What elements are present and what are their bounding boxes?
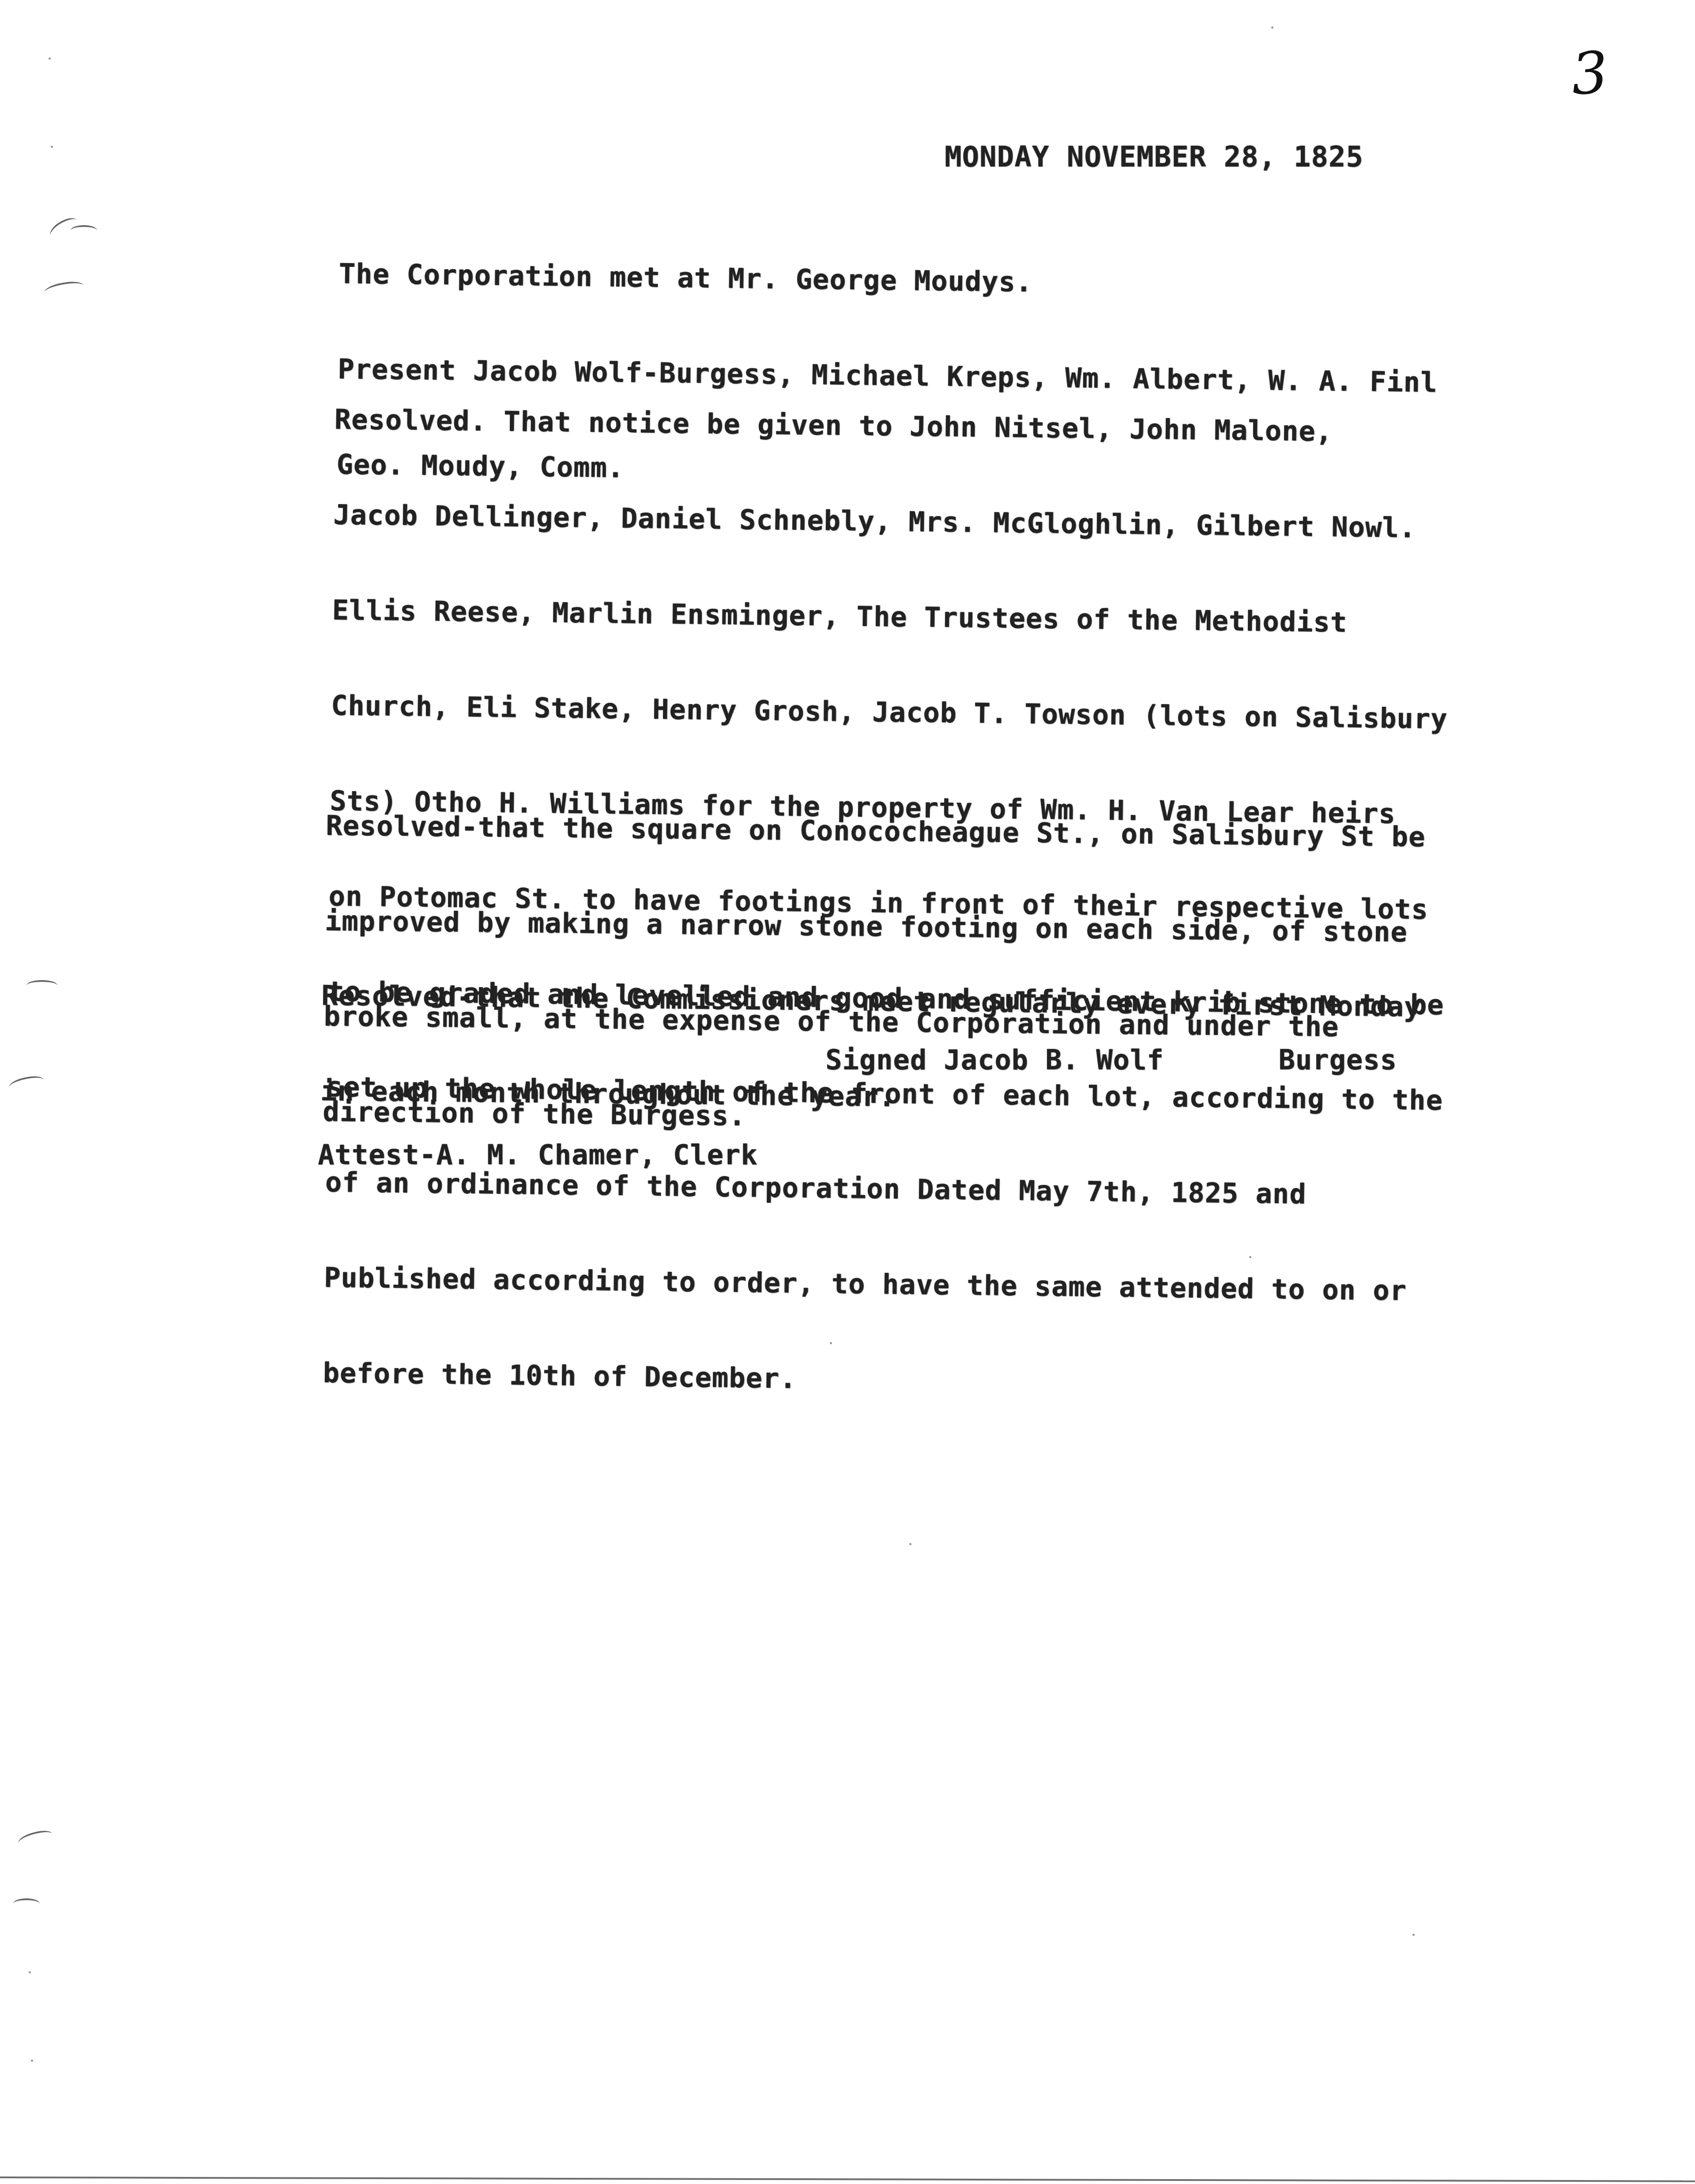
scan-speck (31, 2060, 33, 2062)
scan-artifact-mark (17, 1828, 54, 1849)
attest-line: Attest-A. M. Chamer, Clerk (318, 1139, 758, 1171)
handwritten-page-number: 3 (1569, 38, 1610, 108)
resolution-line: Resolved. That notice be given to John N… (334, 404, 1451, 449)
scan-speck (1249, 1256, 1251, 1258)
scan-artifact-mark (8, 1074, 45, 1094)
scan-artifact-mark (43, 279, 85, 298)
signature-name: Signed Jacob B. Wolf (825, 1044, 1164, 1076)
date-header: MONDAY NOVEMBER 28, 1825 (945, 141, 1364, 173)
resolution-line: Ellis Reese, Marlin Ensminger, The Trust… (332, 594, 1449, 640)
scan-speck (51, 146, 53, 148)
resolution-line: Resolved-that the square on Conococheagu… (326, 810, 1426, 853)
scan-speck (830, 1342, 832, 1344)
resolution-line: Published according to order, to have th… (324, 1262, 1441, 1307)
scan-speck (49, 57, 51, 60)
page-bottom-edge (0, 2176, 1695, 2182)
resolution-line: Jacob Dellinger, Daniel Schnebly, Mrs. M… (333, 499, 1450, 544)
signature-block: Signed Jacob B. WolfBurgess (825, 1044, 1397, 1076)
scan-artifact-mark (71, 225, 97, 236)
scan-speck (1271, 26, 1273, 29)
scan-artifact-mark (26, 980, 57, 991)
resolution-line: Church, Eli Stake, Henry Grosh, Jacob T.… (331, 690, 1447, 735)
scan-artifact-mark (13, 1898, 40, 1909)
resolution-line: before the 10th of December. (323, 1357, 1439, 1403)
resolution-line: in each month throughout the year. (320, 1075, 1420, 1118)
scan-speck (1412, 1934, 1415, 1936)
document-page: 3 MONDAY NOVEMBER 28, 1825 The Corporati… (0, 0, 1695, 2184)
scan-speck (909, 1543, 912, 1545)
intro-line: The Corporation met at Mr. George Moudys… (339, 258, 1439, 303)
scan-speck (29, 1971, 31, 1973)
resolution-line: Resolved-that the Commissioners meet reg… (321, 980, 1421, 1023)
signature-title: Burgess (1279, 1044, 1397, 1076)
